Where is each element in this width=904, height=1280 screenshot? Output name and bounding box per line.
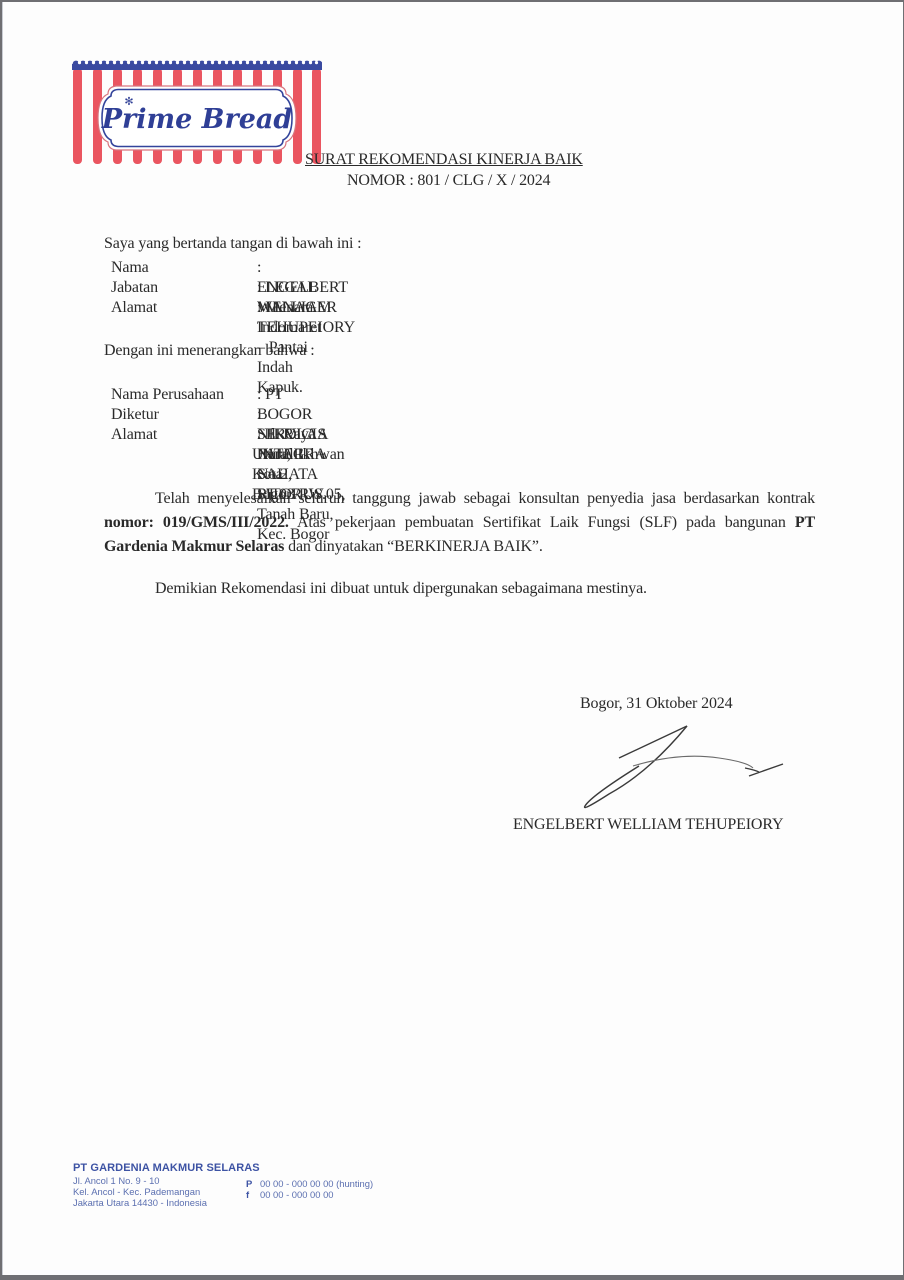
contract-number: nomor: 019/GMS/III/2022. (104, 514, 289, 531)
letter-page: Prime Bread ✻ SURAT REKOMENDASI KINERJA … (2, 2, 903, 1275)
prime-bread-logo: Prime Bread ✻ (72, 60, 322, 164)
field-label: Diketur (111, 405, 261, 425)
footer-contacts: P00 00 - 000 00 00 (hunting) f00 00 - 00… (246, 1178, 373, 1200)
place-date: Bogor, 31 Oktober 2024 (580, 694, 733, 714)
field-label: Alamat (111, 298, 261, 318)
closing-text: Demikian Rekomendasi ini dibuat untuk di… (155, 579, 647, 599)
intro-text: Saya yang bertanda tangan di bawah ini : (104, 234, 361, 254)
field-label: Nama Perusahaan (111, 385, 261, 405)
field-label: Jabatan (111, 278, 261, 298)
declaration-text: Dengan ini menerangkan bahwa : (104, 341, 315, 361)
svg-text:✻: ✻ (124, 95, 133, 108)
logo-brand-text: Prime Bread (101, 104, 293, 135)
field-label: Nama (111, 258, 261, 278)
footer-fax: f00 00 - 000 00 00 (246, 1189, 373, 1200)
footer-phone: P00 00 - 000 00 00 (hunting) (246, 1178, 373, 1189)
phone-icon: P (246, 1178, 260, 1189)
fax-icon: f (246, 1189, 260, 1200)
letterhead-footer: PT GARDENIA MAKMUR SELARAS Jl. Ancol 1 N… (73, 1162, 260, 1208)
footer-company: PT GARDENIA MAKMUR SELARAS (73, 1162, 260, 1174)
letter-number: NOMOR : 801 / CLG / X / 2024 (347, 172, 550, 190)
footer-address: Jl. Ancol 1 No. 9 - 10 Kel. Ancol - Kec.… (73, 1175, 260, 1208)
signer-name: ENGELBERT WELLIAM TEHUPEIORY (513, 815, 783, 835)
field-label: Alamat (111, 425, 261, 445)
signature-image (569, 722, 789, 817)
body-paragraph: Telah menyelesaikan seluruh tanggung jaw… (104, 487, 815, 559)
letter-title: SURAT REKOMENDASI KINERJA BAIK (305, 151, 615, 169)
